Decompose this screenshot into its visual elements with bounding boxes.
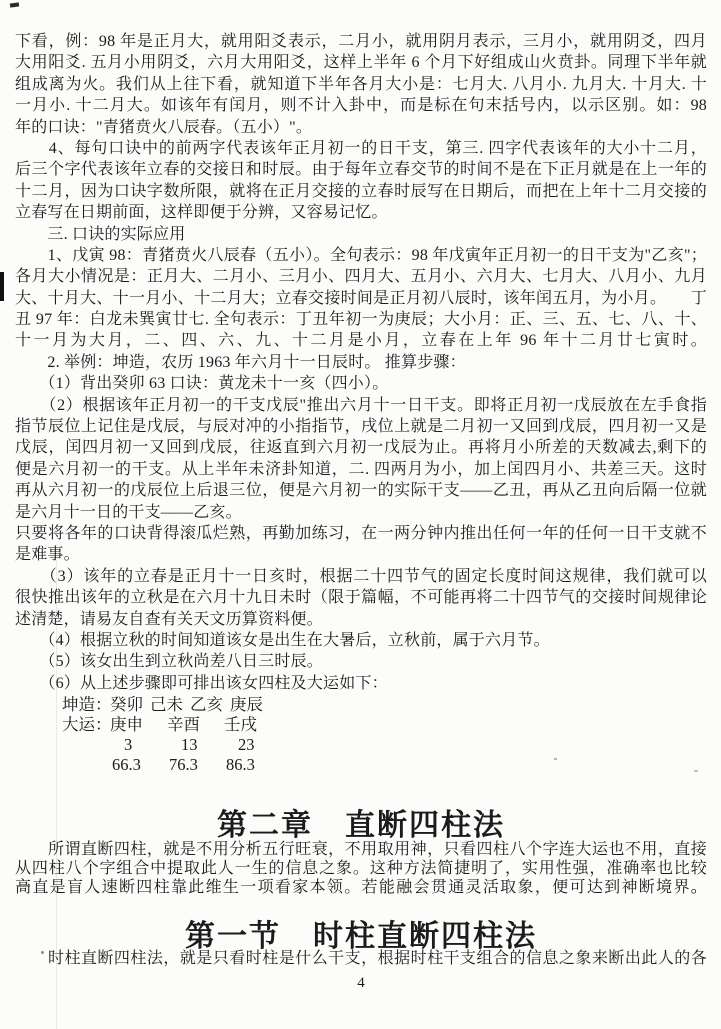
text-line: （1）背出癸卯 63 口诀：黄龙未十一亥（四小）。 bbox=[15, 373, 707, 394]
kunzao-label: 坤造： bbox=[62, 695, 110, 715]
text-line: 指节辰位上记住是戊辰，与辰对冲的小指指节，戌位上就是二月初一又回到戊辰，四月初一… bbox=[15, 416, 707, 437]
dayun-pillar: 壬戌 bbox=[224, 715, 281, 735]
text-line: 时柱直断四柱法，就是只看时柱是什么干支，根据时柱干支组合的信息之象来断出此人的各 bbox=[15, 949, 707, 968]
month-pillar: 己未 bbox=[150, 695, 190, 715]
start-year: 86.3 bbox=[224, 755, 281, 775]
text-line: （3）该年的立春是正月十一日亥时，根据二十四节气的固定长度时间这规律，我们就可以 bbox=[15, 566, 707, 587]
start-age: 23 bbox=[224, 735, 281, 755]
text-line: 一直是盲人速断四柱靠此维生一项看家本领。若能融会贯通灵活取象，便可达到神断境界。 bbox=[15, 878, 707, 897]
start-year: 76.3 bbox=[167, 755, 224, 775]
text-line: 十一月为大月，二、四、六、九、十二月是小月，立春在上年 96 年十二月廿七寅时。 bbox=[15, 330, 707, 351]
text-line: 便是六月初一的干支。从上半年未济卦知道，二. 四两月为小，加上闰四月小、共差三天… bbox=[15, 459, 707, 480]
text-line: 再从六月初一的戊辰位上后退三位，便是六月初一的实际干支——乙丑，再从乙丑向后隔一… bbox=[15, 480, 707, 501]
text-line: 年的口诀："青猪贲火八辰春。（五小）"。 bbox=[15, 117, 707, 138]
paragraph-example-kunzao-1963: 2. 举例：坤造，农历 1963 年六月十一日辰时。 推算步骤： （1）背出癸卯… bbox=[15, 352, 707, 566]
text-line: 立春写在日期前面，这样即便于分辨，又容易记忆。 bbox=[15, 202, 707, 223]
text-line: 一月小. 十二月大。如该年有闰月，则不计入卦中，而是标在句末括号内，以示区别。如… bbox=[15, 95, 707, 116]
text-line: （4）根据立秋的时间知道该女是出生在大暑后，立秋前，属于六月节。 bbox=[15, 630, 707, 651]
text-line: 只要将各年的口诀背得滚瓜烂熟，再勤加练习，在一两分钟内推出任何一年的任何一日干支… bbox=[15, 523, 707, 544]
text-line: 各月大小情况是：正月大、二月小、三月小、四月大、五月小、六月大、七月大、八月小、… bbox=[15, 266, 707, 287]
paragraph-gua-months: 下看，例：98 年是正月大，就用阳爻表示，二月小，就用阴月表示，三月小，就用阴爻… bbox=[15, 31, 707, 138]
text-line: 1、戊寅 98：青猪贲火八辰春（五小）。全句表示：98 年戊寅年正月初一的日干支… bbox=[15, 245, 707, 266]
text-line: 丑 97 年：白龙未巽寅廿七. 全句表示：丁丑年初一为庚辰；大小月：正、三、五、… bbox=[15, 309, 707, 330]
text-line: 大、十月大、十一月小、十二月大；立春交接时间是正月初八辰时，该年闰五月，为小月。… bbox=[15, 288, 707, 309]
text-line: 后三个字代表该年立春的交接日和时辰。由于每年立春交节的时间不是在下正月就是在上一… bbox=[15, 159, 707, 180]
text-line: 戊辰，闰四月初一又回到戊辰，往返直到六月初一戊辰为止。再将月小所差的天数减去,剩… bbox=[15, 437, 707, 458]
text-line: 是六月十一日的干支——乙亥。 bbox=[15, 502, 707, 523]
scan-artifact-fold-line bbox=[56, 560, 57, 1029]
dayun-pillar: 辛酉 bbox=[167, 715, 224, 735]
text-line: 下看，例：98 年是正月大，就用阳爻表示，二月小，就用阴月表示，三月小，就用阴爻… bbox=[15, 31, 707, 52]
page-body-text: 下看，例：98 年是正月大，就用阳爻表示，二月小，就用阴月表示，三月小，就用阴爻… bbox=[15, 31, 707, 694]
text-line: 大用阳爻. 五月小用阴爻，六月大用阳爻，这样上半年 6 个月下好组成山火贲卦。同… bbox=[15, 52, 707, 73]
text-line: 很快推出该年的立秋是在六月十九日未时（限于篇幅，不可能再将二十四节气的交接时间规… bbox=[15, 587, 707, 608]
dayun-start-ages-row: 31323 bbox=[62, 735, 281, 755]
scan-artifact-edge-bar bbox=[0, 272, 4, 301]
year-pillar: 癸卯 bbox=[110, 695, 150, 715]
scan-artifact-mark bbox=[10, 2, 19, 7]
dayun-pillars-row: 大运：庚申辛酉壬戌 bbox=[62, 715, 281, 735]
text-line: 是难事。 bbox=[15, 544, 707, 565]
scanned-book-page: 下看，例：98 年是正月大，就用阳爻表示，二月小，就用阴月表示，三月小，就用阴爻… bbox=[0, 0, 721, 1029]
text-line: 所谓直断四柱，就是不用分析五行旺衰，不用取用神，只看四柱八个字连大运也不用，直接 bbox=[15, 840, 707, 859]
hour-pillar: 庚辰 bbox=[230, 695, 270, 715]
paragraph-koujue-rule-4: 4、每句口诀中的前两字代表该年正月初一的日干支，第三. 四字代表该年的大小十二月… bbox=[15, 138, 707, 245]
chapter-2-title: 第二章 直断四柱法 bbox=[15, 800, 707, 844]
text-line: （6）从上述步骤即可排出该女四柱及大运如下： bbox=[15, 673, 707, 694]
paragraph-example-wuyin-98: 1、戊寅 98：青猪贲火八辰春（五小）。全句表示：98 年戊寅年正月初一的日干支… bbox=[15, 245, 707, 352]
text-line: （2）根据该年正月初一的干支戊辰"推出六月十一日干支。即将正月初一戊辰放在左手食… bbox=[15, 395, 707, 416]
text-line: 述清楚，请易友自查有关天文历算资料便。 bbox=[15, 609, 707, 630]
scan-artifact-speck bbox=[694, 770, 698, 772]
dayun-label: 大运： bbox=[62, 715, 110, 735]
start-age: 13 bbox=[167, 735, 224, 755]
bazi-chart: 坤造：癸卯己未乙亥庚辰 大运：庚申辛酉壬戌 31323 66.376.386.3 bbox=[62, 695, 281, 775]
text-line: 2. 举例：坤造，农历 1963 年六月十一日辰时。 推算步骤： bbox=[15, 352, 707, 373]
text-line: （5）该女出生到立秋尚差八日三时辰。 bbox=[15, 651, 707, 672]
text-line: 组成离为火。我们从上往下看，就知道下半年各月大小是：七月大. 八月小. 九月大.… bbox=[15, 74, 707, 95]
page-number: 4 bbox=[15, 975, 707, 992]
text-line: 十二月，因为口诀字数所限，就将在正月交接的立春时辰写在日期后，而把在上年十二月交… bbox=[15, 181, 707, 202]
scan-artifact-speck bbox=[554, 758, 557, 760]
text-line: 从四柱八个字组合中提取此人一生的信息之象。这种方法简捷明了，实用性强，准确率也比… bbox=[15, 859, 707, 878]
chapter-2-intro-paragraph: 所谓直断四柱，就是不用分析五行旺衰，不用取用神，只看四柱八个字连大运也不用，直接… bbox=[15, 840, 707, 898]
start-age: 3 bbox=[110, 735, 167, 755]
paragraph-steps-3-to-6: （3）该年的立春是正月十一日亥时，根据二十四节气的固定长度时间这规律，我们就可以… bbox=[15, 566, 707, 694]
natal-pillars-row: 坤造：癸卯己未乙亥庚辰 bbox=[62, 695, 281, 715]
text-line: 4、每句口诀中的前两字代表该年正月初一的日干支，第三. 四字代表该年的大小十二月… bbox=[15, 138, 707, 159]
section-1-intro-paragraph: 时柱直断四柱法，就是只看时柱是什么干支，根据时柱干支组合的信息之象来断出此人的各 bbox=[15, 949, 707, 968]
scan-artifact-speck bbox=[41, 951, 44, 954]
dayun-start-years-row: 66.376.386.3 bbox=[62, 755, 281, 775]
dayun-pillar: 庚申 bbox=[110, 715, 167, 735]
start-year: 66.3 bbox=[110, 755, 167, 775]
day-pillar: 乙亥 bbox=[190, 695, 230, 715]
text-line: 三. 口诀的实际应用 bbox=[15, 224, 707, 245]
